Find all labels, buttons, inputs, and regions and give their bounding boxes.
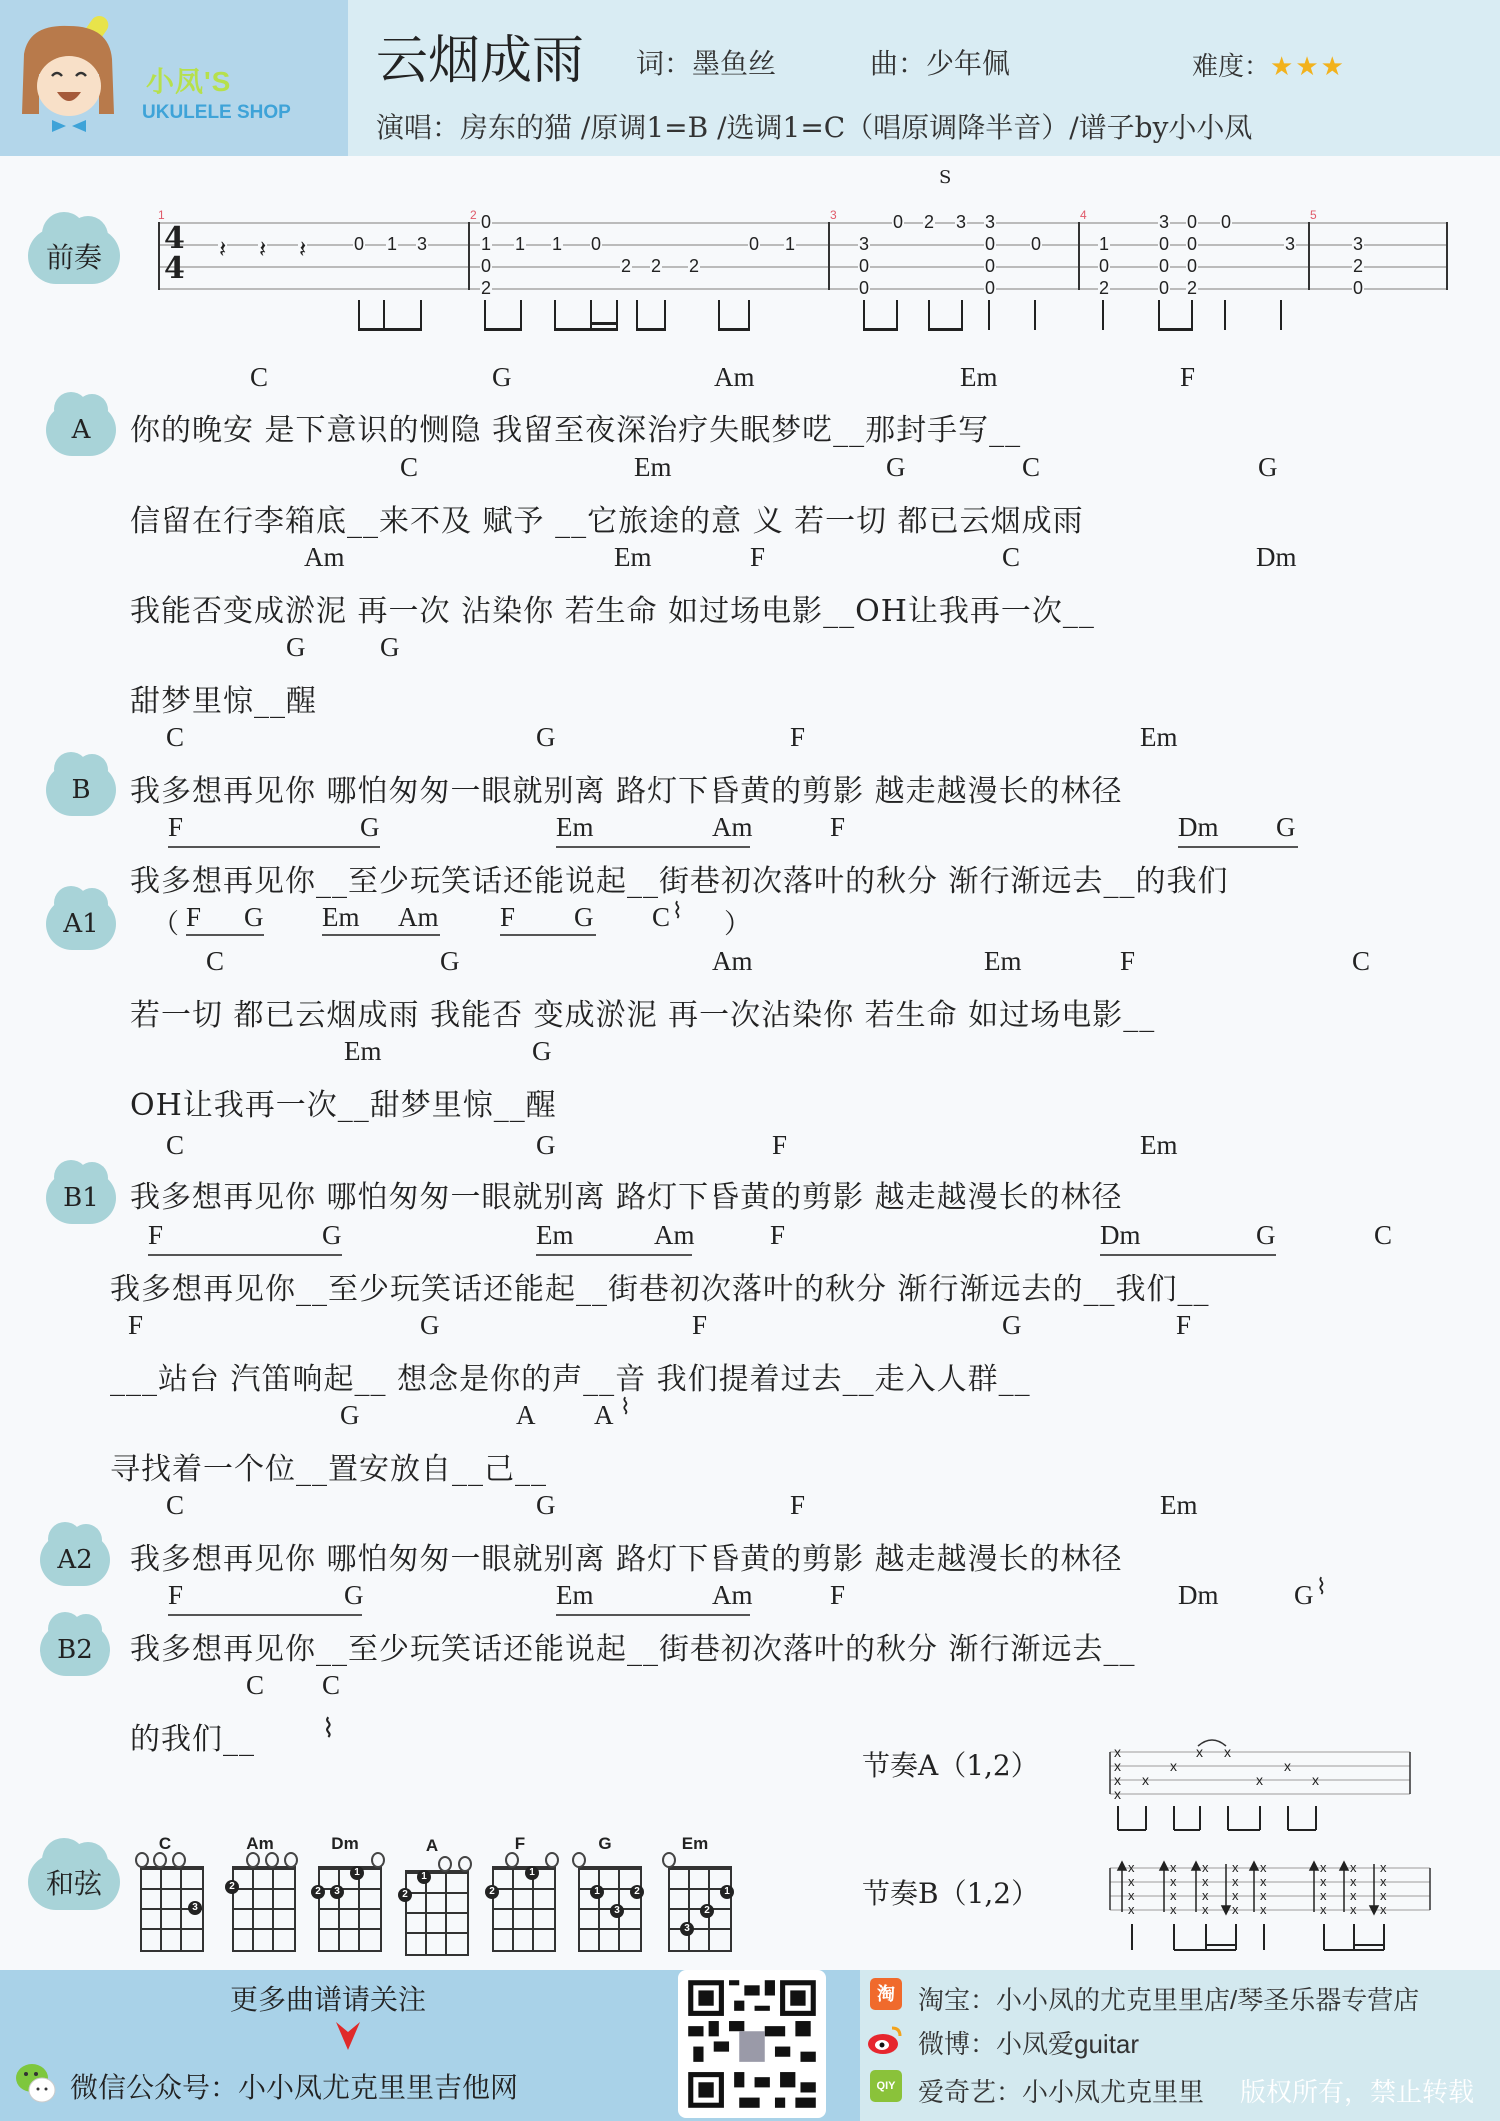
svg-text:x: x [1232, 1902, 1239, 1917]
chord: Dm [1178, 1580, 1219, 1611]
section-badge-b1: B1 [46, 1172, 116, 1224]
svg-text:x: x [1380, 1902, 1387, 1917]
lyric-line: 我多想再见你__至少玩笑话还能起__街巷初次落叶的秋分 渐行渐远去的__我们__ [110, 1264, 1210, 1308]
chord: F [128, 1310, 143, 1341]
chord: Em [960, 362, 998, 393]
section-label: B [71, 775, 90, 805]
star-icon: ★★★ [1270, 52, 1346, 82]
rest-icon: 𝄽 [258, 242, 267, 258]
chord-tie [148, 1254, 342, 1256]
chord-tie [1178, 846, 1298, 848]
section-label: B1 [63, 1183, 99, 1213]
svg-text:x: x [1128, 1902, 1135, 1917]
chord: C [206, 946, 224, 977]
chord: Em [1140, 1130, 1178, 1161]
chord: Am [712, 1580, 753, 1611]
chord-name: C [130, 1834, 200, 1854]
difficulty: 难度：★★★ [1192, 46, 1346, 83]
chord: F [750, 542, 765, 573]
chord: G [532, 1036, 552, 1067]
composer: 曲：少年佩 [870, 42, 1010, 82]
svg-text:x: x [1256, 1772, 1263, 1788]
chord-tie [556, 846, 750, 848]
chord-tie [1100, 1254, 1276, 1256]
lyric-line: 我多想再见你__至少玩笑话还能说起__街巷初次落叶的秋分 渐行渐远去__的我们 [130, 856, 1229, 900]
iqiyi-icon: QIY [870, 2070, 902, 2102]
time-signature: 44 [164, 224, 185, 284]
chord: F [830, 1580, 845, 1611]
chord: C [1002, 542, 1020, 573]
chord: F [186, 902, 201, 933]
lyric-line: 我多想再见你 哪怕匆匆一眼就别离 路灯下昏黄的剪影 越走越漫长的林径 [130, 1534, 1123, 1578]
chord: F [790, 1490, 805, 1521]
chord: G [574, 902, 594, 933]
chord: Am [712, 946, 753, 977]
lyric-line: 甜梦里惊__醒 [130, 676, 317, 720]
section-label: A1 [63, 909, 98, 939]
chord: G [1256, 1220, 1276, 1251]
chord: C [322, 1670, 340, 1701]
section-badge-a2: A2 [40, 1534, 110, 1586]
chord: C [1022, 452, 1040, 483]
chord: Am [712, 812, 753, 843]
lyric-line: ___站台 汽笛响起__ 想念是你的声__音 我们提着过去__走入人群__ [110, 1354, 1031, 1398]
paren: （ [152, 902, 179, 941]
section-badge-b: B [46, 764, 116, 816]
difficulty-label: 难度： [1192, 52, 1270, 82]
svg-text:x: x [1320, 1888, 1327, 1903]
svg-text:x: x [1232, 1888, 1239, 1903]
chord: Em [344, 1036, 382, 1067]
svg-text:x: x [1380, 1874, 1387, 1889]
chord: G [344, 1580, 364, 1611]
chord: Em [322, 902, 360, 933]
svg-text:x: x [1260, 1902, 1267, 1917]
section-label: A [72, 415, 91, 445]
chord-chart-badge: 和弦 [28, 1854, 120, 1910]
taobao-icon: 淘 [870, 1978, 902, 2010]
qr-code-icon [678, 1970, 826, 2118]
chord: Em [1160, 1490, 1198, 1521]
svg-text:x: x [1350, 1874, 1357, 1889]
chord-name: Em [660, 1834, 730, 1854]
svg-text:x: x [1312, 1772, 1319, 1788]
lyric-line: 你的晚安 是下意识的恻隐 我留至夜深治疗失眠梦呓__那封手写__ [130, 405, 1021, 449]
svg-text:x: x [1224, 1744, 1231, 1760]
intro-label: 前奏 [46, 236, 102, 276]
chord: G [536, 1490, 556, 1521]
svg-text:x: x [1170, 1888, 1177, 1903]
svg-text:x: x [1128, 1888, 1135, 1903]
chord: G [886, 452, 906, 483]
chord: C [166, 1130, 184, 1161]
section-badge-b2: B2 [40, 1624, 110, 1676]
weibo-account: 微博：小凤爱guitar [918, 2024, 1139, 2061]
chord-name: G [570, 1834, 640, 1854]
lyric-line: 的我们__ [130, 1714, 255, 1758]
chord: G [322, 1220, 342, 1251]
svg-text:x: x [1260, 1888, 1267, 1903]
chord-name: Am [225, 1834, 295, 1854]
strum-up-icon: ⌇ [672, 898, 683, 924]
svg-text:x: x [1128, 1860, 1135, 1875]
intro-rhythm-beams [158, 300, 1448, 340]
chord: G [360, 812, 380, 843]
chord-tie [556, 1614, 750, 1616]
chord-name: A [397, 1836, 467, 1856]
chord: Em [556, 812, 594, 843]
chord: Em [536, 1220, 574, 1251]
chord-tie [536, 1254, 692, 1256]
song-info: 演唱：房东的猫 /原调1=B /选调1=C（唱原调降半音）/谱子by小小凤 [376, 106, 1252, 146]
svg-text:x: x [1202, 1860, 1209, 1875]
chord: Em [1140, 722, 1178, 753]
wechat-account: 微信公众号：小小凤尤克里里吉他网 [70, 2066, 518, 2106]
paren: ） [724, 902, 751, 941]
lyric-line: 我多想再见你 哪怕匆匆一眼就别离 路灯下昏黄的剪影 越走越漫长的林径 [130, 766, 1123, 810]
chord: F [1120, 946, 1135, 977]
lyric-line: OH让我再一次__甜梦里惊__醒 [130, 1080, 557, 1124]
chord: G [440, 946, 460, 977]
rhythm-a-staff: xxxx xxxx xxx [1070, 1730, 1420, 1840]
chord: A [594, 1400, 614, 1431]
svg-text:x: x [1260, 1874, 1267, 1889]
svg-text:x: x [1350, 1902, 1357, 1917]
chord: Dm [1100, 1220, 1141, 1251]
intro-section-badge: 前奏 [28, 228, 120, 284]
chord: G [1258, 452, 1278, 483]
qr-code[interactable] [678, 1970, 826, 2118]
follow-text: 更多曲谱请关注 [230, 1978, 426, 2018]
chord: Dm [1256, 542, 1297, 573]
strum-up-icon: ⌇ [1316, 1574, 1327, 1600]
svg-text:x: x [1114, 1786, 1121, 1802]
svg-text:x: x [1320, 1902, 1327, 1917]
chord-tie [500, 934, 596, 936]
chord: Em [984, 946, 1022, 977]
chord: C [1374, 1220, 1392, 1251]
chord: Am [714, 362, 755, 393]
svg-text:x: x [1232, 1860, 1239, 1875]
chord-chart-label: 和弦 [46, 1862, 102, 1902]
chord: G [420, 1310, 440, 1341]
svg-text:x: x [1196, 1744, 1203, 1760]
logo-subtext: UKULELE SHOP [142, 102, 291, 124]
chord: Am [398, 902, 439, 933]
rest-icon: 𝄽 [298, 242, 307, 258]
chord: C [1352, 946, 1370, 977]
lyric-line: 信留在行李箱底__来不及 赋予 __它旅途的意 义 若一切 都已云烟成雨 [130, 496, 1084, 540]
svg-text:x: x [1202, 1888, 1209, 1903]
svg-text:x: x [1380, 1860, 1387, 1875]
chord: G [1276, 812, 1296, 843]
chord: Em [556, 1580, 594, 1611]
weibo-icon [866, 2022, 906, 2056]
lyric-line: 我多想再见你__至少玩笑话还能说起__街巷初次落叶的秋分 渐行渐远去__ [130, 1624, 1136, 1668]
svg-text:x: x [1202, 1902, 1209, 1917]
chord: F [1180, 362, 1195, 393]
chord: Am [654, 1220, 695, 1251]
taobao-store: 淘宝：小小凤的尤克里里店/琴圣乐器专营店 [918, 1980, 1419, 2017]
slide-mark: S [938, 170, 952, 186]
chord: C [166, 722, 184, 753]
svg-text:x: x [1170, 1758, 1177, 1774]
chord: Dm [1178, 812, 1219, 843]
intro-tab-staff: 1 2 3 4 5 44 𝄽 𝄽 𝄽 013 0102 110 222 01 3… [158, 222, 1448, 288]
strum-up-icon: ⌇ [620, 1394, 631, 1420]
chord: G [536, 722, 556, 753]
chord-tie [168, 846, 380, 848]
chord: F [1176, 1310, 1191, 1341]
chord: F [500, 902, 515, 933]
iqiyi-account: 爱奇艺：小小凤尤克里里 [918, 2072, 1204, 2109]
chord: G [492, 362, 512, 393]
chord-name: Dm [310, 1834, 380, 1854]
arrow-down-icon [336, 2022, 360, 2050]
rest-icon: 𝄽 [218, 242, 227, 258]
chord: F [692, 1310, 707, 1341]
chord: C [652, 902, 670, 933]
chord: G [380, 632, 400, 663]
chord: Em [634, 452, 672, 483]
svg-text:x: x [1232, 1874, 1239, 1889]
rhythm-a-label: 节奏A（1,2） [862, 1744, 1039, 1784]
chord: G [244, 902, 264, 933]
chord: C [400, 452, 418, 483]
svg-text:x: x [1284, 1758, 1291, 1774]
section-label: A2 [57, 1545, 92, 1575]
wechat-icon [14, 2060, 56, 2106]
chord: Em [614, 542, 652, 573]
chord: G [286, 632, 306, 663]
svg-text:x: x [1202, 1874, 1209, 1889]
measure-number: 2 [470, 208, 477, 222]
section-badge-a1: A1 [46, 898, 116, 950]
svg-text:x: x [1380, 1888, 1387, 1903]
svg-text:x: x [1170, 1874, 1177, 1889]
chord: F [772, 1130, 787, 1161]
lyric-line: 我能否变成淤泥 再一次 沾染你 若生命 如过场电影__OH让我再一次__ [130, 586, 1095, 630]
chord: G [1294, 1580, 1314, 1611]
svg-text:x: x [1350, 1888, 1357, 1903]
measure-number: 5 [1310, 208, 1317, 222]
section-label: B2 [57, 1635, 93, 1665]
chord-tie [186, 934, 264, 936]
logo: 小凤'S UKULELE SHOP [0, 0, 348, 156]
chord-tie [168, 1614, 362, 1616]
chord-name: F [485, 1834, 555, 1854]
lyricist: 词：墨鱼丝 [636, 42, 776, 82]
logo-text: 小凤'S [146, 60, 231, 100]
chord: F [148, 1220, 163, 1251]
chord: C [250, 362, 268, 393]
chord: G [1002, 1310, 1022, 1341]
lyric-line: 我多想再见你 哪怕匆匆一眼就别离 路灯下昏黄的剪影 越走越漫长的林径 [130, 1172, 1123, 1216]
chord: C [246, 1670, 264, 1701]
chord-tie [322, 934, 440, 936]
svg-text:x: x [1128, 1874, 1135, 1889]
copyright-watermark: 版权所有，禁止转载 [1240, 2072, 1474, 2109]
svg-text:x: x [1142, 1772, 1149, 1788]
chord: G [340, 1400, 360, 1431]
chord: F [790, 722, 805, 753]
chord: C [166, 1490, 184, 1521]
header: 小凤'S UKULELE SHOP 云烟成雨 词：墨鱼丝 曲：少年佩 难度：★★… [0, 0, 1500, 156]
svg-text:x: x [1260, 1860, 1267, 1875]
song-title: 云烟成雨 [376, 18, 584, 93]
lyric-line: 寻找着一个位__置安放自__己__ [110, 1444, 547, 1488]
measure-number: 4 [1080, 208, 1087, 222]
measure-number: 3 [830, 208, 837, 222]
chord: F [168, 1580, 183, 1611]
chord: Am [304, 542, 345, 573]
chord: A [516, 1400, 536, 1431]
svg-text:x: x [1170, 1902, 1177, 1917]
strum-up-icon: ⌇ [322, 1714, 335, 1744]
section-badge-a: A [46, 404, 116, 456]
svg-text:x: x [1320, 1874, 1327, 1889]
lyric-line: 若一切 都已云烟成雨 我能否 变成淤泥 再一次沾染你 若生命 如过场电影__ [130, 990, 1155, 1034]
logo-girl-icon [14, 14, 124, 134]
chord: F [830, 812, 845, 843]
svg-text:x: x [1350, 1860, 1357, 1875]
svg-text:x: x [1170, 1860, 1177, 1875]
chord: F [770, 1220, 785, 1251]
measure-number: 1 [158, 208, 165, 222]
rhythm-b-staff: xxxx xxxx xxxx xxxx xxxx xxxx xxxx xxxx [1070, 1850, 1440, 1960]
svg-text:x: x [1320, 1860, 1327, 1875]
rhythm-b-label: 节奏B（1,2） [862, 1872, 1039, 1912]
chord: G [536, 1130, 556, 1161]
chord: F [168, 812, 183, 843]
